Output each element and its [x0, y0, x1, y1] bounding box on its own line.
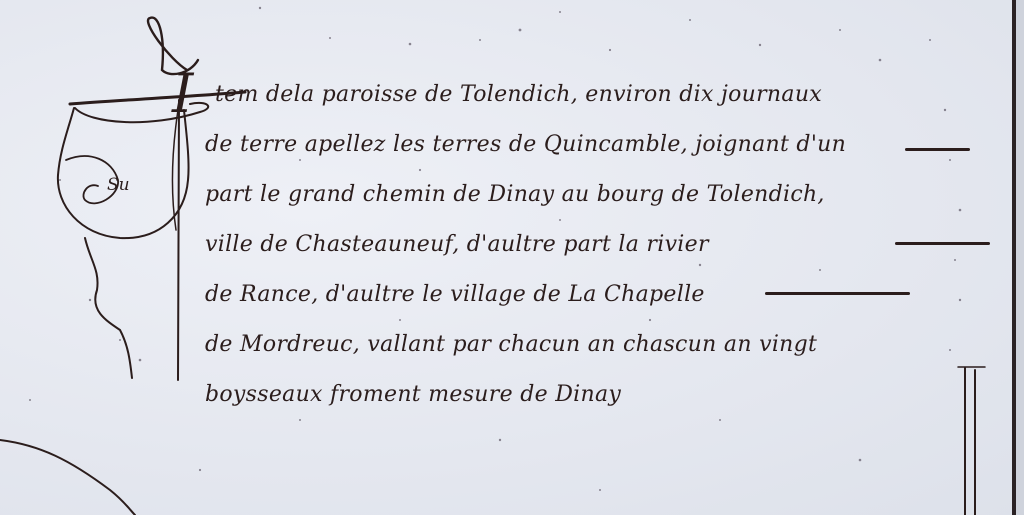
manuscript-text: tem dela paroisse de Tolendich, environ … [205, 70, 995, 420]
text-line-2: de terre apellez les terres de Quincambl… [205, 120, 995, 170]
text-line-5: de Rance, d'aultre le village de La Chap… [205, 270, 995, 320]
manuscript-page: I Su tem dela paroisse de Tolendich, env… [0, 0, 1024, 515]
text-line-1: tem dela paroisse de Tolendich, environ … [205, 70, 995, 120]
line-filler-stroke [895, 242, 990, 245]
text-line-6: de Mordreuc, vallant par chacun an chasc… [205, 320, 995, 370]
line-filler-stroke [905, 148, 970, 151]
text-line-4: ville de Chasteauneuf, d'aultre part la … [205, 220, 995, 270]
margin-note: Su [107, 175, 130, 195]
line-filler-stroke [765, 292, 910, 295]
drop-initial: I [172, 62, 193, 125]
text-line-3: part le grand chemin de Dinay au bourg d… [205, 170, 995, 220]
page-edge [1016, 0, 1024, 515]
text-line-7: boysseaux froment mesure de Dinay [205, 370, 995, 420]
